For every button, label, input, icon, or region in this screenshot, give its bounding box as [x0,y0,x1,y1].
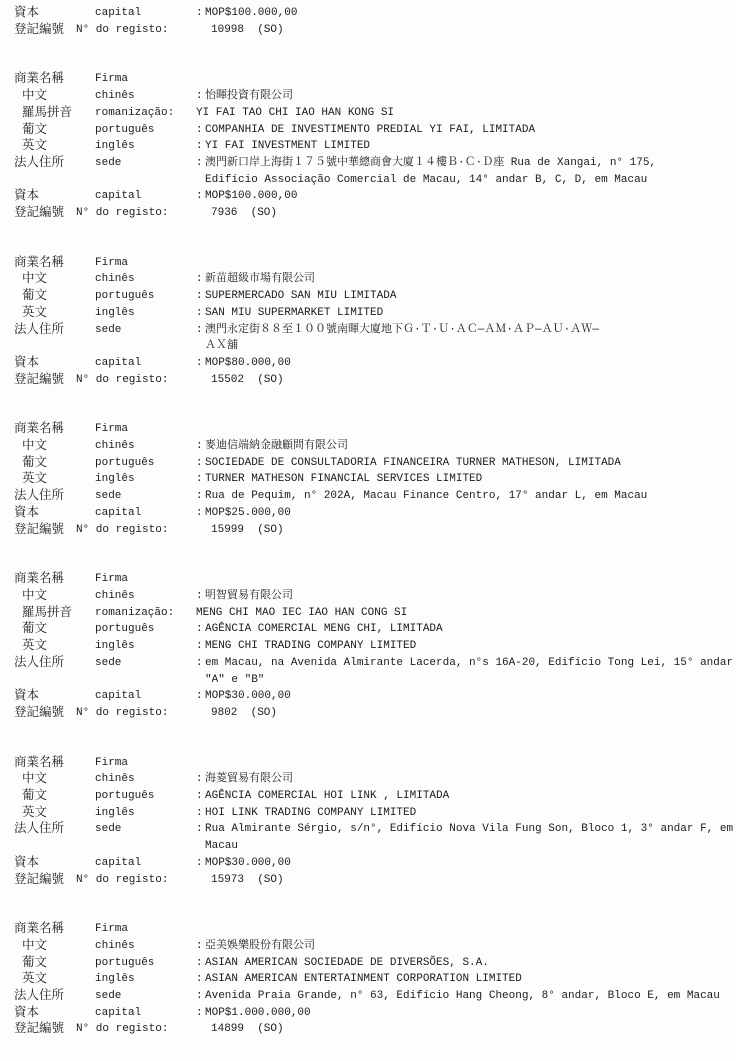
field-row-address: 法人住所sede:Rua de Pequim, n° 202A, Macau F… [14,488,732,505]
field-value-english-name: TURNER MATHESON FINANCIAL SERVICES LIMIT… [205,471,732,488]
field-separator-colon: : [196,821,205,838]
field-label-pt: inglês [95,471,196,488]
field-value-capital: MOP$30.000,00 [205,688,732,705]
field-row-address: 法人住所sede:Rua Almirante Sérgio, s/n°, Edi… [14,821,732,854]
field-row-english-name: 英文inglês:MENG CHI TRADING COMPANY LIMITE… [14,638,732,655]
field-row-romanization: 羅馬拼音romanização:YI FAI TAO CHI IAO HAN K… [14,105,732,122]
field-value-line: MOP$100.000,00 [205,5,732,22]
field-row-portuguese-name: 葡文português:ASIAN AMERICAN SOCIEDADE DE … [14,955,732,972]
field-separator-colon: : [196,805,205,822]
field-row-chinese-name: 中文chinês:麥迪信端納金融顧問有限公司 [14,438,732,455]
company-record: 商業名稱Firma中文chinês:亞美娛樂股份有限公司葡文português:… [14,921,732,1038]
company-record: 資本capital:MOP$100.000,00登記編號N° do regist… [14,5,732,38]
field-label-pt: capital [95,5,196,22]
field-label-pt: Firma [95,71,196,88]
field-label-zh: 羅馬拼音 [14,605,95,622]
field-label-zh: 法人住所 [14,988,95,1005]
field-value-romanization: MENG CHI MAO IEC IAO HAN CONG SI [196,605,732,622]
field-label-zh: 葡文 [14,455,95,472]
field-value-line: ASIAN AMERICAN SOCIEDADE DE DIVERSÕES, S… [205,955,732,972]
field-label-zh: 葡文 [14,955,95,972]
field-label-pt: capital [95,505,196,522]
field-value-line: Rua Almirante Sérgio, s/n°, Edifício Nov… [205,821,732,838]
field-value-capital: MOP$100.000,00 [205,5,732,22]
field-label-pt: chinês [95,588,196,605]
field-separator-colon: : [196,621,205,638]
field-label-zh: 商業名稱 [14,71,95,88]
field-row-registration-number: 登記編號N° do registo:15502 (SO) [14,372,732,389]
field-label-pt: Firma [95,255,196,272]
field-value-portuguese-name: SUPERMERCADO SAN MIU LIMITADA [205,288,732,305]
field-label-pt: Firma [95,921,196,938]
field-separator-colon: : [196,122,205,139]
company-record: 商業名稱Firma中文chinês:海菱貿易有限公司葡文português:AG… [14,755,732,889]
field-value-line: 澳門永定街８８至１００號南暉大廈地下Ｇ·Ｔ·Ｕ·ＡＣ—ＡＭ·ＡＰ—ＡＵ·ＡＷ— [205,322,732,339]
field-label-zh: 商業名稱 [14,921,95,938]
field-label-pt: capital [95,855,196,872]
field-separator-colon: : [196,955,205,972]
field-label-zh: 中文 [14,88,95,105]
field-row-address: 法人住所sede:em Macau, na Avenida Almirante … [14,655,732,688]
field-value-line: Edifício Associação Comercial de Macau, … [205,172,732,189]
field-label-zh: 登記編號 [14,522,76,539]
field-value-portuguese-name: AGÊNCIA COMERCIAL MENG CHI, LIMITADA [205,621,732,638]
field-value-english-name: YI FAI INVESTMENT LIMITED [205,138,732,155]
field-row-registration-number: 登記編號N° do registo:15999 (SO) [14,522,732,539]
field-label-pt: N° do registo: [76,872,211,889]
field-row-chinese-name: 中文chinês:新苗超級市場有限公司 [14,271,732,288]
field-value-registration-number: 10998 (SO) [211,22,732,39]
field-label-pt: romanização: [95,105,196,122]
field-label-zh: 資本 [14,188,95,205]
field-row-portuguese-name: 葡文português:SOCIEDADE DE CONSULTADORIA F… [14,455,732,472]
field-value-line: 澳門新口岸上海街１７５號中華總商會大廈１４樓Ｂ·Ｃ·Ｄ座 Rua de Xang… [205,155,732,172]
field-value-line: 10998 (SO) [211,22,732,39]
field-row-capital: 資本capital:MOP$30.000,00 [14,688,732,705]
field-separator-colon: : [196,438,205,455]
field-separator-colon: : [196,355,205,372]
field-value-portuguese-name: COMPANHIA DE INVESTIMENTO PREDIAL YI FAI… [205,122,732,139]
field-value-chinese-name: 明智貿易有限公司 [205,588,732,605]
field-label-zh: 葡文 [14,122,95,139]
field-value-line: MOP$30.000,00 [205,855,732,872]
field-row-portuguese-name: 葡文português:AGÊNCIA COMERCIAL MENG CHI, … [14,621,732,638]
field-row-portuguese-name: 葡文português:AGÊNCIA COMERCIAL HOI LINK ,… [14,788,732,805]
field-value-chinese-name: 新苗超級市場有限公司 [205,271,732,288]
field-row-chinese-name: 中文chinês:明智貿易有限公司 [14,588,732,605]
field-label-pt: português [95,621,196,638]
field-label-pt: sede [95,821,196,838]
field-label-zh: 資本 [14,5,95,22]
field-value-line: YI FAI INVESTMENT LIMITED [205,138,732,155]
field-label-pt: inglês [95,805,196,822]
field-row-chinese-name: 中文chinês:亞美娛樂股份有限公司 [14,938,732,955]
field-value-english-name: SAN MIU SUPERMARKET LIMITED [205,305,732,322]
field-value-line: 15973 (SO) [211,872,732,889]
registry-document-page: 資本capital:MOP$100.000,00登記編號N° do regist… [0,0,736,1061]
field-label-zh: 法人住所 [14,655,95,672]
field-label-zh: 資本 [14,688,95,705]
field-separator-colon: : [196,271,205,288]
field-value-registration-number: 9802 (SO) [211,705,732,722]
field-separator-colon: : [196,322,205,339]
field-separator-colon: : [196,471,205,488]
field-value-line: 15999 (SO) [211,522,732,539]
field-row-firma: 商業名稱Firma [14,255,732,272]
field-value-line: 9802 (SO) [211,705,732,722]
field-row-english-name: 英文inglês:ASIAN AMERICAN ENTERTAINMENT CO… [14,971,732,988]
field-label-pt: capital [95,355,196,372]
field-row-registration-number: 登記編號N° do registo:7936 (SO) [14,205,732,222]
field-label-zh: 法人住所 [14,322,95,339]
field-label-zh: 登記編號 [14,1021,76,1038]
field-label-pt: Firma [95,571,196,588]
field-value-english-name: ASIAN AMERICAN ENTERTAINMENT CORPORATION… [205,971,732,988]
field-value-line: ＡＸ舖 [205,338,732,355]
field-value-line: 麥迪信端納金融顧問有限公司 [205,438,732,455]
field-separator-colon: : [196,455,205,472]
field-value-portuguese-name: SOCIEDADE DE CONSULTADORIA FINANCEIRA TU… [205,455,732,472]
field-value-registration-number: 15502 (SO) [211,372,732,389]
field-label-zh: 法人住所 [14,488,95,505]
field-label-zh: 登記編號 [14,872,76,889]
field-label-zh: 英文 [14,305,95,322]
field-value-line: 7936 (SO) [211,205,732,222]
field-label-pt: sede [95,488,196,505]
field-label-pt: capital [95,1005,196,1022]
company-records-container: 資本capital:MOP$100.000,00登記編號N° do regist… [14,5,732,1038]
field-value-line: MOP$30.000,00 [205,688,732,705]
field-value-line: YI FAI TAO CHI IAO HAN KONG SI [196,105,732,122]
field-label-zh: 中文 [14,938,95,955]
field-label-pt: português [95,455,196,472]
field-separator-colon: : [196,588,205,605]
field-separator-colon: : [196,855,205,872]
field-separator-colon: : [196,971,205,988]
field-value-registration-number: 14899 (SO) [211,1021,732,1038]
field-row-firma: 商業名稱Firma [14,571,732,588]
field-value-chinese-name: 麥迪信端納金融顧問有限公司 [205,438,732,455]
field-row-registration-number: 登記編號N° do registo:9802 (SO) [14,705,732,722]
field-label-zh: 法人住所 [14,821,95,838]
field-value-line: "A" e "B" [205,672,732,689]
field-value-portuguese-name: AGÊNCIA COMERCIAL HOI LINK , LIMITADA [205,788,732,805]
field-value-line: SOCIEDADE DE CONSULTADORIA FINANCEIRA TU… [205,455,732,472]
field-value-line: 14899 (SO) [211,1021,732,1038]
field-row-registration-number: 登記編號N° do registo:15973 (SO) [14,872,732,889]
field-row-firma: 商業名稱Firma [14,71,732,88]
field-label-zh: 資本 [14,505,95,522]
field-separator-colon: : [196,788,205,805]
field-label-pt: Firma [95,755,196,772]
field-separator-colon: : [196,988,205,1005]
field-value-capital: MOP$1.000.000,00 [205,1005,732,1022]
field-label-zh: 中文 [14,271,95,288]
field-value-line: AGÊNCIA COMERCIAL HOI LINK , LIMITADA [205,788,732,805]
field-separator-colon: : [196,688,205,705]
field-value-chinese-name: 海菱貿易有限公司 [205,771,732,788]
field-value-line: SAN MIU SUPERMARKET LIMITED [205,305,732,322]
field-label-pt: português [95,122,196,139]
field-separator-colon: : [196,88,205,105]
field-separator-colon: : [196,505,205,522]
field-value-line: SUPERMERCADO SAN MIU LIMITADA [205,288,732,305]
company-record: 商業名稱Firma中文chinês:新苗超級市場有限公司葡文português:… [14,255,732,389]
field-value-address: Rua de Pequim, n° 202A, Macau Finance Ce… [205,488,732,505]
field-value-address: 澳門新口岸上海街１７５號中華總商會大廈１４樓Ｂ·Ｃ·Ｄ座 Rua de Xang… [205,155,732,188]
field-row-firma: 商業名稱Firma [14,921,732,938]
field-row-registration-number: 登記編號N° do registo:14899 (SO) [14,1021,732,1038]
field-label-pt: português [95,955,196,972]
field-value-line: COMPANHIA DE INVESTIMENTO PREDIAL YI FAI… [205,122,732,139]
field-value-capital: MOP$100.000,00 [205,188,732,205]
field-label-pt: chinês [95,438,196,455]
field-label-zh: 資本 [14,1005,95,1022]
field-label-zh: 中文 [14,588,95,605]
field-value-registration-number: 15973 (SO) [211,872,732,889]
field-row-english-name: 英文inglês:HOI LINK TRADING COMPANY LIMITE… [14,805,732,822]
field-label-pt: inglês [95,971,196,988]
field-separator-colon: : [196,655,205,672]
field-label-zh: 商業名稱 [14,255,95,272]
field-label-zh: 登記編號 [14,22,76,39]
field-label-zh: 葡文 [14,621,95,638]
company-record: 商業名稱Firma中文chinês:明智貿易有限公司羅馬拼音romanizaçã… [14,571,732,721]
field-separator-colon: : [196,938,205,955]
field-value-line: AGÊNCIA COMERCIAL MENG CHI, LIMITADA [205,621,732,638]
field-row-capital: 資本capital:MOP$30.000,00 [14,855,732,872]
field-label-zh: 葡文 [14,788,95,805]
field-value-capital: MOP$30.000,00 [205,855,732,872]
field-label-zh: 登記編號 [14,372,76,389]
field-row-english-name: 英文inglês:YI FAI INVESTMENT LIMITED [14,138,732,155]
field-value-line: Avenida Praia Grande, n° 63, Edifício Ha… [205,988,732,1005]
field-value-address: Rua Almirante Sérgio, s/n°, Edifício Nov… [205,821,732,854]
field-value-line: MOP$100.000,00 [205,188,732,205]
field-row-address: 法人住所sede:澳門永定街８８至１００號南暉大廈地下Ｇ·Ｔ·Ｕ·ＡＣ—ＡＭ·Ａ… [14,322,732,355]
field-label-pt: português [95,288,196,305]
field-value-line: MENG CHI TRADING COMPANY LIMITED [205,638,732,655]
field-label-pt: chinês [95,938,196,955]
field-value-line: Rua de Pequim, n° 202A, Macau Finance Ce… [205,488,732,505]
field-label-pt: N° do registo: [76,22,211,39]
field-label-zh: 中文 [14,771,95,788]
field-value-english-name: MENG CHI TRADING COMPANY LIMITED [205,638,732,655]
field-value-romanization: YI FAI TAO CHI IAO HAN KONG SI [196,105,732,122]
field-label-pt: português [95,788,196,805]
field-value-capital: MOP$25.000,00 [205,505,732,522]
field-row-capital: 資本capital:MOP$100.000,00 [14,5,732,22]
field-row-address: 法人住所sede:澳門新口岸上海街１７５號中華總商會大廈１４樓Ｂ·Ｃ·Ｄ座 Ru… [14,155,732,188]
field-row-firma: 商業名稱Firma [14,755,732,772]
field-label-zh: 登記編號 [14,205,76,222]
field-label-pt: N° do registo: [76,1021,211,1038]
field-label-zh: 中文 [14,438,95,455]
field-value-line: 亞美娛樂股份有限公司 [205,938,732,955]
field-label-pt: chinês [95,771,196,788]
field-value-line: MOP$1.000.000,00 [205,1005,732,1022]
field-label-pt: inglês [95,638,196,655]
field-label-pt: chinês [95,88,196,105]
field-value-line: HOI LINK TRADING COMPANY LIMITED [205,805,732,822]
field-label-pt: N° do registo: [76,522,211,539]
field-row-portuguese-name: 葡文português:SUPERMERCADO SAN MIU LIMITAD… [14,288,732,305]
field-separator-colon: : [196,288,205,305]
field-separator-colon: : [196,5,205,22]
field-label-pt: romanização: [95,605,196,622]
field-row-capital: 資本capital:MOP$80.000,00 [14,355,732,372]
field-label-zh: 登記編號 [14,705,76,722]
field-separator-colon: : [196,1005,205,1022]
field-separator-colon: : [196,155,205,172]
field-row-capital: 資本capital:MOP$100.000,00 [14,188,732,205]
field-value-line: 明智貿易有限公司 [205,588,732,605]
field-value-chinese-name: 怡暉投資有限公司 [205,88,732,105]
field-row-chinese-name: 中文chinês:怡暉投資有限公司 [14,88,732,105]
field-label-zh: 英文 [14,971,95,988]
field-label-zh: 羅馬拼音 [14,105,95,122]
field-label-pt: N° do registo: [76,705,211,722]
field-row-capital: 資本capital:MOP$1.000.000,00 [14,1005,732,1022]
field-value-line: MOP$80.000,00 [205,355,732,372]
field-value-portuguese-name: ASIAN AMERICAN SOCIEDADE DE DIVERSÕES, S… [205,955,732,972]
field-value-chinese-name: 亞美娛樂股份有限公司 [205,938,732,955]
field-value-line: em Macau, na Avenida Almirante Lacerda, … [205,655,732,672]
field-label-pt: N° do registo: [76,372,211,389]
field-label-pt: Firma [95,421,196,438]
field-label-pt: inglês [95,138,196,155]
field-value-address: Avenida Praia Grande, n° 63, Edifício Ha… [205,988,732,1005]
field-value-english-name: HOI LINK TRADING COMPANY LIMITED [205,805,732,822]
field-value-address: em Macau, na Avenida Almirante Lacerda, … [205,655,732,688]
field-label-zh: 英文 [14,805,95,822]
field-label-zh: 英文 [14,638,95,655]
field-row-english-name: 英文inglês:TURNER MATHESON FINANCIAL SERVI… [14,471,732,488]
field-label-pt: sede [95,322,196,339]
field-label-pt: sede [95,155,196,172]
field-value-line: 怡暉投資有限公司 [205,88,732,105]
field-label-pt: sede [95,655,196,672]
field-value-registration-number: 15999 (SO) [211,522,732,539]
field-value-line: Macau [205,838,732,855]
field-label-zh: 資本 [14,355,95,372]
field-separator-colon: : [196,138,205,155]
field-label-zh: 英文 [14,138,95,155]
field-value-line: MENG CHI MAO IEC IAO HAN CONG SI [196,605,732,622]
field-label-pt: inglês [95,305,196,322]
field-label-zh: 法人住所 [14,155,95,172]
field-value-line: TURNER MATHESON FINANCIAL SERVICES LIMIT… [205,471,732,488]
field-label-pt: N° do registo: [76,205,211,222]
field-separator-colon: : [196,305,205,322]
field-label-pt: capital [95,688,196,705]
field-label-zh: 葡文 [14,288,95,305]
field-row-english-name: 英文inglês:SAN MIU SUPERMARKET LIMITED [14,305,732,322]
field-label-zh: 商業名稱 [14,421,95,438]
field-value-registration-number: 7936 (SO) [211,205,732,222]
field-separator-colon: : [196,638,205,655]
field-row-firma: 商業名稱Firma [14,421,732,438]
company-record: 商業名稱Firma中文chinês:麥迪信端納金融顧問有限公司葡文portugu… [14,421,732,538]
field-row-romanization: 羅馬拼音romanização:MENG CHI MAO IEC IAO HAN… [14,605,732,622]
field-label-pt: capital [95,188,196,205]
field-separator-colon: : [196,771,205,788]
field-value-address: 澳門永定街８８至１００號南暉大廈地下Ｇ·Ｔ·Ｕ·ＡＣ—ＡＭ·ＡＰ—ＡＵ·ＡＷ—Ａ… [205,322,732,355]
field-value-line: MOP$25.000,00 [205,505,732,522]
company-record: 商業名稱Firma中文chinês:怡暉投資有限公司羅馬拼音romanizaçã… [14,71,732,221]
field-label-zh: 商業名稱 [14,755,95,772]
field-value-line: 新苗超級市場有限公司 [205,271,732,288]
field-row-chinese-name: 中文chinês:海菱貿易有限公司 [14,771,732,788]
field-value-capital: MOP$80.000,00 [205,355,732,372]
field-row-address: 法人住所sede:Avenida Praia Grande, n° 63, Ed… [14,988,732,1005]
field-value-line: 海菱貿易有限公司 [205,771,732,788]
field-row-portuguese-name: 葡文português:COMPANHIA DE INVESTIMENTO PR… [14,122,732,139]
field-row-registration-number: 登記編號N° do registo:10998 (SO) [14,22,732,39]
field-separator-colon: : [196,488,205,505]
field-value-line: 15502 (SO) [211,372,732,389]
field-label-zh: 英文 [14,471,95,488]
field-label-zh: 資本 [14,855,95,872]
field-label-pt: chinês [95,271,196,288]
field-value-line: ASIAN AMERICAN ENTERTAINMENT CORPORATION… [205,971,732,988]
field-label-pt: sede [95,988,196,1005]
field-row-capital: 資本capital:MOP$25.000,00 [14,505,732,522]
field-label-zh: 商業名稱 [14,571,95,588]
field-separator-colon: : [196,188,205,205]
